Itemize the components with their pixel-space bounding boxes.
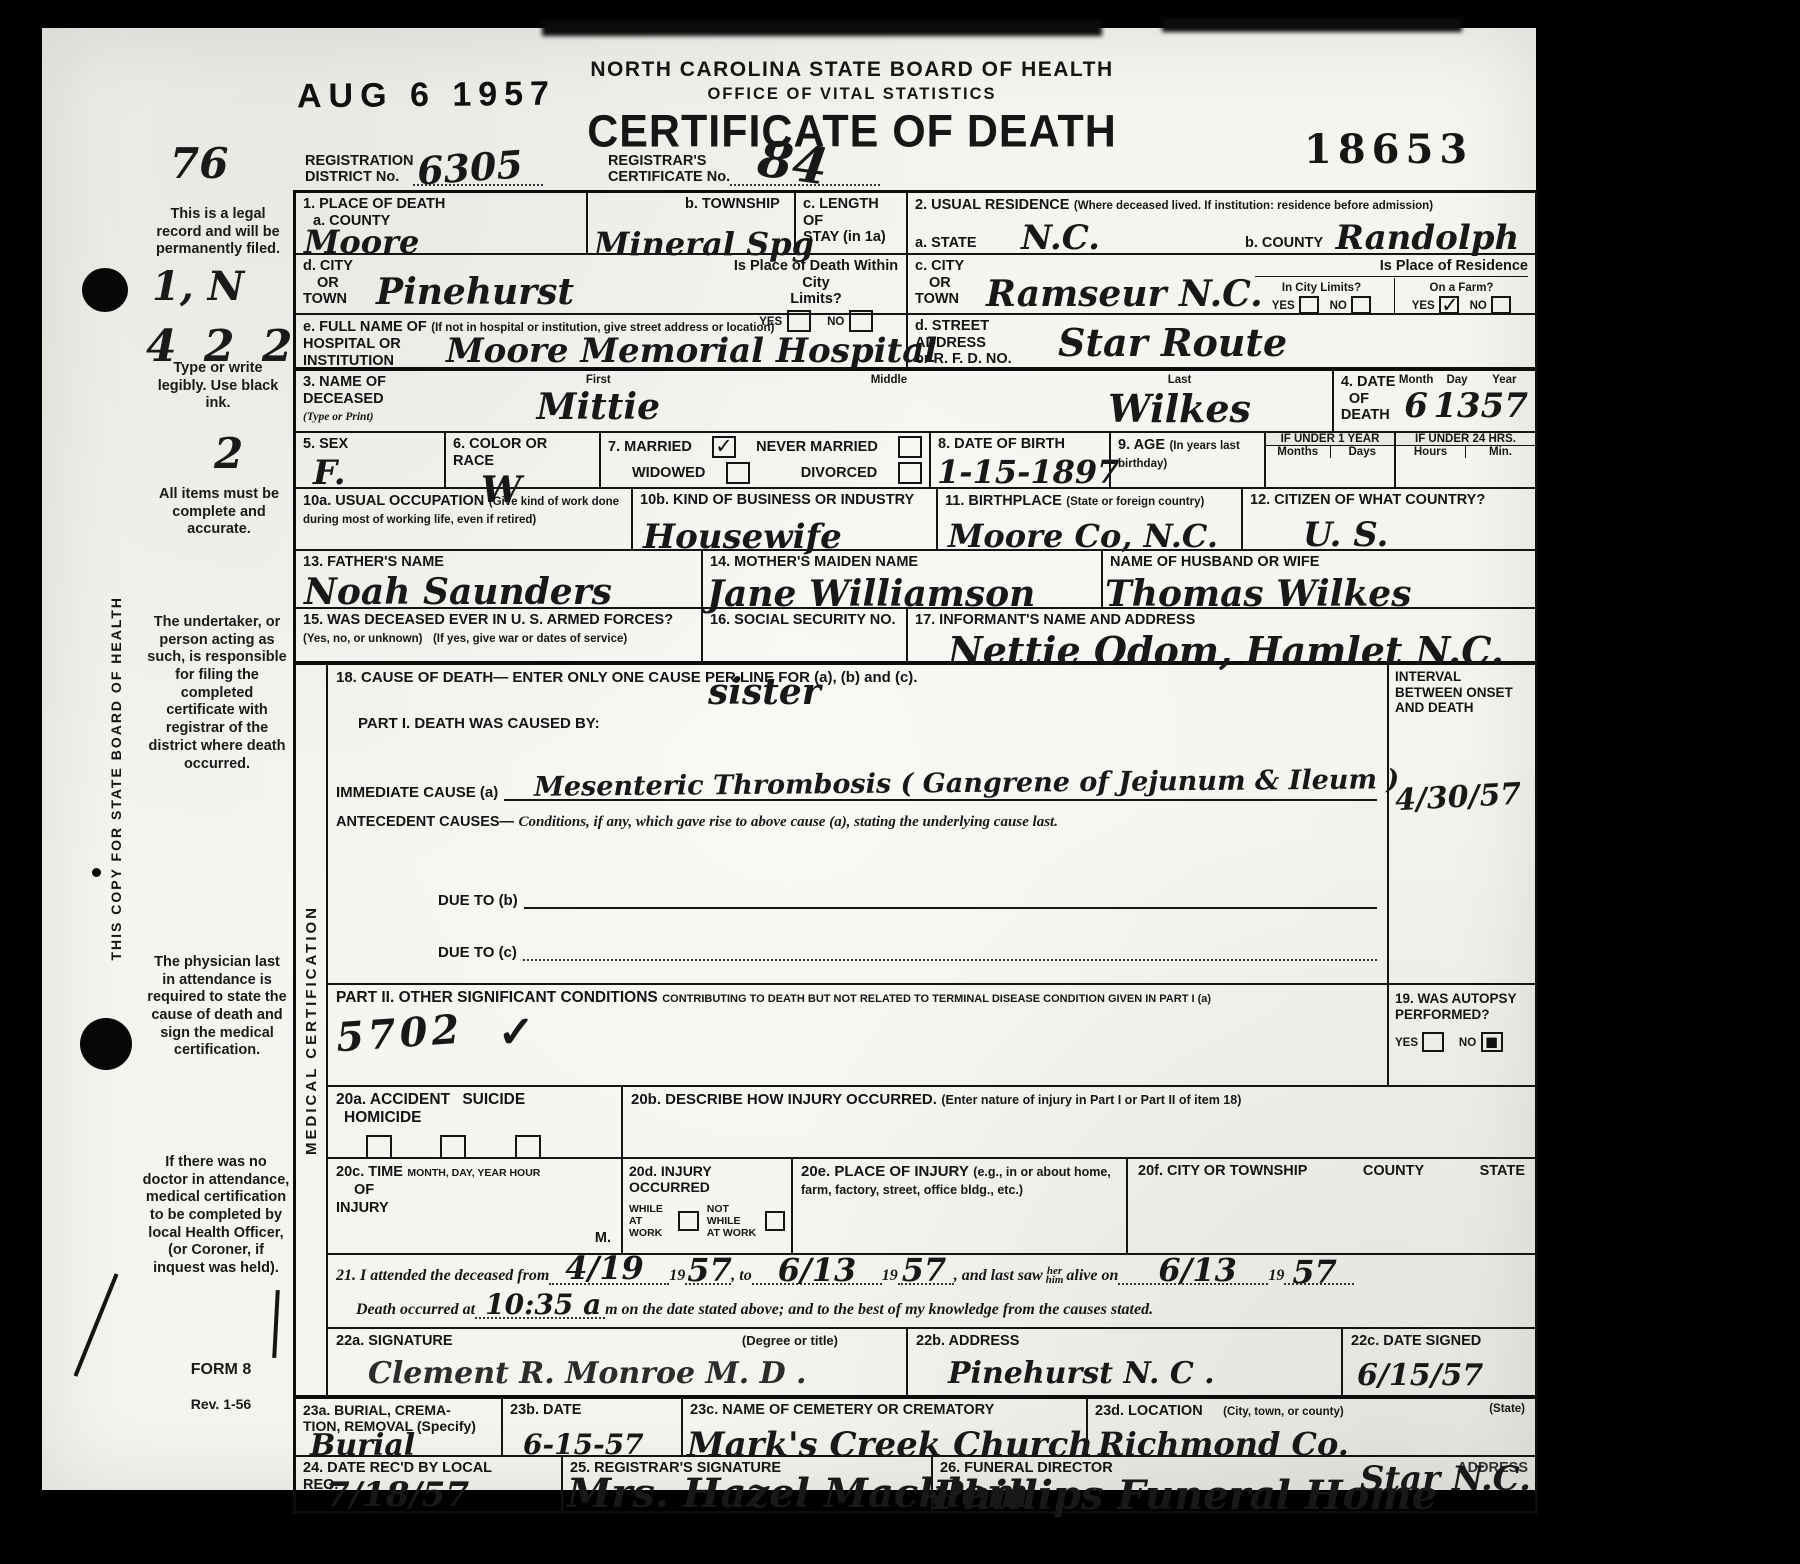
form-row: 23a. BURIAL, CREMA-TION, REMOVAL (Specif…	[296, 1395, 1535, 1457]
date-of-birth-value: 1-15-1897	[937, 453, 1119, 491]
section-usual-residence: 2. USUAL RESIDENCE (Where deceased lived…	[906, 193, 1535, 253]
due-to-b-line	[524, 887, 1377, 909]
fathers-name-value: Noah Saunders	[304, 571, 612, 613]
residence-county-value: Randolph	[1336, 218, 1520, 258]
residence-city-value: Ramseur N.C.	[986, 273, 1263, 315]
township-value: Mineral Spg	[594, 225, 814, 263]
name-middle-col: Middle	[744, 374, 1035, 428]
first-name-value: Mittie	[537, 386, 660, 428]
death-time-value: 10:35 a	[485, 1288, 601, 1321]
form-revision: Rev. 1-56	[176, 1396, 266, 1413]
pen-stroke	[272, 1290, 280, 1358]
funeral-director-address-value: Star N.C.	[1360, 1459, 1531, 1499]
form-row: 5. SEX F. 6. COLOR OR RACE W 7. MARRIED …	[296, 433, 1535, 489]
last-saw-value: 6/13	[1158, 1251, 1236, 1289]
immediate-cause-value: Mesenteric Thrombosis ( Gangrene of Jeju…	[534, 764, 1399, 803]
immediate-cause-line: Mesenteric Thrombosis ( Gangrene of Jeju…	[504, 759, 1377, 801]
antecedent-row: ANTECEDENT CAUSES— Conditions, if any, w…	[328, 805, 1387, 847]
attended-to-value: 6/13	[778, 1251, 856, 1289]
scanned-death-certificate: AUG 6 1957 NORTH CAROLINA STATE BOARD OF…	[0, 0, 1800, 1564]
form-row: 1. PLACE OF DEATH a. COUNTY Moore b. TOW…	[296, 193, 1535, 255]
death-month-value: 6	[1404, 386, 1428, 426]
field-age: 9. AGE (In years last birthday)	[1111, 433, 1266, 487]
margin-handwritten-76: 76	[170, 138, 228, 189]
due-to-c-row: DUE TO (c)	[328, 923, 1387, 983]
due-to-c-line	[523, 939, 1377, 961]
name-last-col: Last Wilkes	[1034, 374, 1325, 428]
homicide-checkbox	[515, 1135, 541, 1159]
field-armed-forces: 15. WAS DECEASED EVER IN U. S. ARMED FOR…	[296, 609, 703, 661]
field-place-of-injury: 20e. PLACE OF INJURY (e.g., in or about …	[793, 1159, 1128, 1253]
her-him-stack: her him	[1046, 1267, 1064, 1285]
attended-to-field: 6/13	[752, 1261, 882, 1285]
field-describe-injury: 20b. DESCRIBE HOW INJURY OCCURRED. (Ente…	[623, 1087, 1535, 1157]
residence-state-value: N.C.	[1021, 218, 1100, 258]
field-injury-city-county-state: 20f. CITY OR TOWNSHIP COUNTY STATE	[1128, 1159, 1535, 1253]
field-accident-suicide-homicide: 20a. ACCIDENT SUICIDE HOMICIDE	[328, 1087, 623, 1157]
field-death-city-limits: Is Place of Death Within CityLimits? YES…	[726, 255, 908, 313]
date-received-value: 7/18/57	[326, 1475, 469, 1515]
registrar-certificate-field: 84	[730, 150, 880, 186]
field-marital-status: 7. MARRIED ✓ NEVER MARRIED WIDOWED DIVOR…	[601, 433, 931, 487]
hospital-value: Moore Memorial Hospital	[446, 331, 937, 371]
married-checkbox: ✓	[712, 436, 736, 458]
field-date-of-birth: 8. DATE OF BIRTH 1-15-1897	[931, 433, 1111, 487]
death-month-col: Month 6	[1399, 374, 1433, 428]
last-saw-year-value: 57	[1292, 1253, 1337, 1291]
part2-value: 5702	[335, 1006, 465, 1062]
field-fathers-name: 13. FATHER'S NAME Noah Saunders	[296, 551, 703, 607]
field-injury-occurred: 20d. INJURY OCCURRED WHILE ATWORK NOT WH…	[623, 1159, 793, 1253]
margin-doctor-note: If there was no doctor in attendance, me…	[142, 1154, 290, 1278]
field-physician-address: 22b. ADDRESS Pinehurst N. C .	[908, 1329, 1343, 1395]
sex-value: F.	[313, 453, 346, 493]
punch-hole	[80, 1018, 132, 1070]
field-residence-city: c. CITY OR TOWN Ramseur N.C.	[908, 255, 1248, 313]
injury-row-2: 20c. TIME MONTH, DAY, YEAR HOUR OF INJUR…	[328, 1159, 1535, 1255]
field-if-under-1-year: IF UNDER 1 YEAR Months Days	[1266, 433, 1396, 487]
field-autopsy: 19. WAS AUTOPSYPERFORMED? YES NO ◼	[1389, 985, 1535, 1085]
margin-undertaker-note: The undertaker, or person acting as such…	[146, 614, 288, 773]
part2-checkmark: ✓	[498, 1007, 535, 1058]
farm-no-checkbox	[1491, 296, 1511, 314]
medical-certification-section: MEDICAL CERTIFICATION 18. CAUSE OF DEATH…	[296, 665, 1535, 1395]
field-kind-of-business: 10b. KIND OF BUSINESS OR INDUSTRY Housew…	[633, 489, 938, 549]
death-day-value: 13	[1433, 386, 1480, 426]
attended-from-field: 4/19	[549, 1261, 669, 1285]
field-usual-occupation: 10a. USUAL OCCUPATION (Give kind of work…	[296, 489, 633, 549]
on-a-farm-group: On a Farm? YES ✓ NO	[1394, 278, 1528, 314]
last-saw-field: 6/13	[1118, 1261, 1268, 1285]
form-row: 13. FATHER'S NAME Noah Saunders 14. MOTH…	[296, 551, 1535, 609]
injury-row-1: 20a. ACCIDENT SUICIDE HOMICIDE	[328, 1087, 1535, 1159]
attended-from-value: 4/19	[565, 1249, 643, 1287]
field-informant: 17. INFORMANT'S NAME AND ADDRESS Nettie …	[908, 609, 1535, 661]
field-mothers-maiden-name: 14. MOTHER'S MAIDEN NAME Jane Williamson	[703, 551, 1103, 607]
field-physician-signature: 22a. SIGNATURE (Degree or title) Clement…	[328, 1329, 908, 1395]
immediate-cause-row: IMMEDIATE CAUSE (a) Mesenteric Thrombosi…	[328, 747, 1387, 805]
attended-to-year-value: 57	[902, 1251, 947, 1289]
field-date-signed: 22c. DATE SIGNED 6/15/57	[1343, 1329, 1535, 1395]
part1-header: PART I. DEATH WAS CAUSED BY:	[328, 707, 1387, 747]
field-residence-county: b. COUNTY Randolph	[1245, 216, 1528, 256]
part2-autopsy-row: PART II. OTHER SIGNIFICANT CONDITIONS CO…	[328, 985, 1535, 1087]
form-header: NORTH CAROLINA STATE BOARD OF HEALTH OFF…	[472, 58, 1232, 157]
form-row: d. CITY OR TOWN Pinehurst Is Place of De…	[296, 255, 1535, 315]
widowed-checkbox	[726, 462, 750, 484]
field-hospital-name: e. FULL NAME OF (If not in hospital or i…	[296, 315, 908, 367]
office-name: OFFICE OF VITAL STATISTICS	[472, 85, 1232, 104]
physician-signature-value: Clement R. Monroe M. D .	[368, 1356, 807, 1391]
form-number: FORM 8	[176, 1360, 266, 1380]
field-name-of-deceased: 3. NAME OF DECEASED (Type or Print) Firs…	[296, 371, 1334, 431]
org-name: NORTH CAROLINA STATE BOARD OF HEALTH	[472, 58, 1232, 82]
field-cemetery-name: 23c. NAME OF CEMETERY OR CREMATORY Mark'…	[683, 1399, 1088, 1455]
date-signed-value: 6/15/57	[1357, 1358, 1483, 1393]
accident-checkbox	[366, 1135, 392, 1159]
scan-streak	[542, 20, 1102, 36]
form-row: 24. DATE REC'D BY LOCALREG. 7/18/57 25. …	[296, 1457, 1535, 1511]
field-residence-limits: Is Place of Residence In City Limits? YE…	[1248, 255, 1535, 313]
field-time-of-injury: 20c. TIME MONTH, DAY, YEAR HOUR OF INJUR…	[328, 1159, 623, 1253]
cause-of-death-block: 18. CAUSE OF DEATH— ENTER ONLY ONE CAUSE…	[328, 665, 1535, 985]
field-township: b. TOWNSHIP Mineral Spg	[588, 193, 796, 253]
registration-district-label: REGISTRATION DISTRICT No.	[305, 153, 413, 186]
form-row: 10a. USUAL OCCUPATION (Give kind of work…	[296, 489, 1535, 551]
not-while-at-work-checkbox	[765, 1211, 785, 1231]
field-registrar-signature: 25. REGISTRAR'S SIGNATURE Mrs. Hazel Mac…	[563, 1457, 933, 1511]
attended-to-year-field: 57	[898, 1261, 954, 1285]
death-year-value: 57	[1481, 386, 1528, 426]
field-place-of-death-county: 1. PLACE OF DEATH a. COUNTY Moore	[296, 193, 588, 253]
form-row: 3. NAME OF DECEASED (Type or Print) Firs…	[296, 371, 1535, 433]
death-day-col: Day 13	[1433, 374, 1480, 428]
margin-handwritten-2: 2	[214, 428, 243, 479]
attended-from-year-field: 57	[685, 1261, 731, 1285]
registration-district-field: 6305	[413, 150, 543, 186]
margin-legal-note: This is a legal record and will be perma…	[148, 206, 288, 259]
last-name-value: Wilkes	[1108, 386, 1251, 431]
registrar-certificate-value: 84	[754, 128, 831, 196]
death-time-field: 10:35 a	[475, 1295, 605, 1319]
field-citizen-country: 12. CITIZEN OF WHAT COUNTRY? U. S.	[1243, 489, 1535, 549]
death-city-value: Pinehurst	[376, 271, 574, 313]
name-label: 3. NAME OF DECEASED (Type or Print)	[303, 374, 453, 428]
field-sex: 5. SEX F.	[296, 433, 446, 487]
name-first-col: First Mittie	[453, 374, 744, 428]
citizen-value: U. S.	[1303, 515, 1388, 555]
signature-row: 22a. SIGNATURE (Degree or title) Clement…	[328, 1329, 1535, 1395]
field-burial-type: 23a. BURIAL, CREMA-TION, REMOVAL (Specif…	[296, 1399, 503, 1455]
form-row: 15. WAS DECEASED EVER IN U. S. ARMED FOR…	[296, 609, 1535, 665]
registration-line: REGISTRATION DISTRICT No. 6305 REGISTRAR…	[305, 150, 1005, 186]
vertical-margin-text: THIS COPY FOR STATE BOARD OF HEALTH	[108, 498, 124, 1058]
informant-relation-value: sister	[708, 671, 821, 713]
in-city-limits-group: In City Limits? YES NO	[1255, 278, 1388, 314]
while-at-work-checkbox	[678, 1211, 698, 1231]
attended-from-year-value: 57	[687, 1251, 732, 1289]
interval-value: 4/30/57	[1394, 776, 1522, 818]
ink-speck	[92, 868, 101, 877]
death-year-col: Year 57	[1481, 374, 1528, 428]
pen-stroke	[74, 1273, 119, 1376]
field-burial-date: 23b. DATE 6-15-57	[503, 1399, 683, 1455]
field-social-security: 16. SOCIAL SECURITY NO.	[703, 609, 908, 661]
field-birthplace: 11. BIRTHPLACE (State or foreign country…	[938, 489, 1243, 549]
punch-hole	[82, 268, 128, 312]
field-cemetery-location: 23d. LOCATION (City, town, or county) (S…	[1088, 1399, 1535, 1455]
certificate-paper: AUG 6 1957 NORTH CAROLINA STATE BOARD OF…	[42, 28, 1536, 1490]
residence-limits-yes-checkbox	[1299, 296, 1319, 314]
interval-column: INTERVAL BETWEEN ONSET AND DEATH 4/30/57	[1389, 665, 1535, 983]
street-address-value: Star Route	[1058, 320, 1287, 365]
field-date-of-death: 4. DATE OF DEATH Month 6 Day 13 Year 57	[1334, 371, 1535, 431]
margin-handwritten-1n: 1, N	[152, 263, 244, 312]
margin-complete-note: All items must be complete and accurate.	[150, 486, 288, 539]
field-residence-state: a. STATE N.C.	[915, 216, 1245, 256]
serial-number-stamp: 18653	[1304, 126, 1473, 173]
field-funeral-director: 26. FUNERAL DIRECTOR ADDRESS Phillips Fu…	[933, 1457, 1535, 1511]
margin-type-note: Type or write legibly. Use black ink.	[148, 360, 288, 413]
suicide-checkbox	[440, 1135, 466, 1159]
field-date-received: 24. DATE REC'D BY LOCALREG. 7/18/57	[296, 1457, 563, 1511]
autopsy-no-checkbox: ◼	[1481, 1032, 1503, 1052]
farm-yes-checkbox: ✓	[1439, 296, 1459, 314]
attended-statement: 21. I attended the deceased from 4/19 19…	[328, 1255, 1535, 1329]
field-street-address: d. STREET ADDRESS or R. F. D. NO. Star R…	[908, 315, 1535, 367]
form-row: e. FULL NAME OF (If not in hospital or i…	[296, 315, 1535, 371]
field-death-city: d. CITY OR TOWN Pinehurst	[296, 255, 726, 313]
due-to-b-row: DUE TO (b)	[328, 847, 1387, 923]
registrar-certificate-label: REGISTRAR'S CERTIFICATE No.	[608, 153, 730, 186]
part2-cell: PART II. OTHER SIGNIFICANT CONDITIONS CO…	[328, 985, 1389, 1085]
field-color-or-race: 6. COLOR OR RACE W	[446, 433, 601, 487]
physician-address-value: Pinehurst N. C .	[948, 1356, 1215, 1391]
last-saw-year-field: 57	[1284, 1261, 1354, 1285]
divorced-checkbox	[898, 462, 922, 484]
certificate-form: 1. PLACE OF DEATH a. COUNTY Moore b. TOW…	[293, 190, 1538, 1514]
cause-left-column: 18. CAUSE OF DEATH— ENTER ONLY ONE CAUSE…	[328, 665, 1389, 983]
field-if-under-24-hrs: IF UNDER 24 HRS. Hours Min.	[1396, 433, 1535, 487]
autopsy-yes-checkbox	[1422, 1032, 1444, 1052]
informant-value: Nettie Odom, Hamlet N.C.	[948, 628, 1504, 673]
scan-streak	[1162, 18, 1462, 32]
registration-district-value: 6305	[416, 141, 525, 193]
medical-vertical-strip: MEDICAL CERTIFICATION	[296, 665, 328, 1395]
birthplace-value: Moore Co, N.C.	[948, 517, 1218, 555]
residence-limits-no-checkbox	[1351, 296, 1371, 314]
field-husband-or-wife: NAME OF HUSBAND OR WIFE Thomas Wilkes	[1103, 551, 1535, 607]
margin-physician-note: The physician last in attendance is requ…	[146, 954, 288, 1060]
never-married-checkbox	[898, 436, 922, 458]
